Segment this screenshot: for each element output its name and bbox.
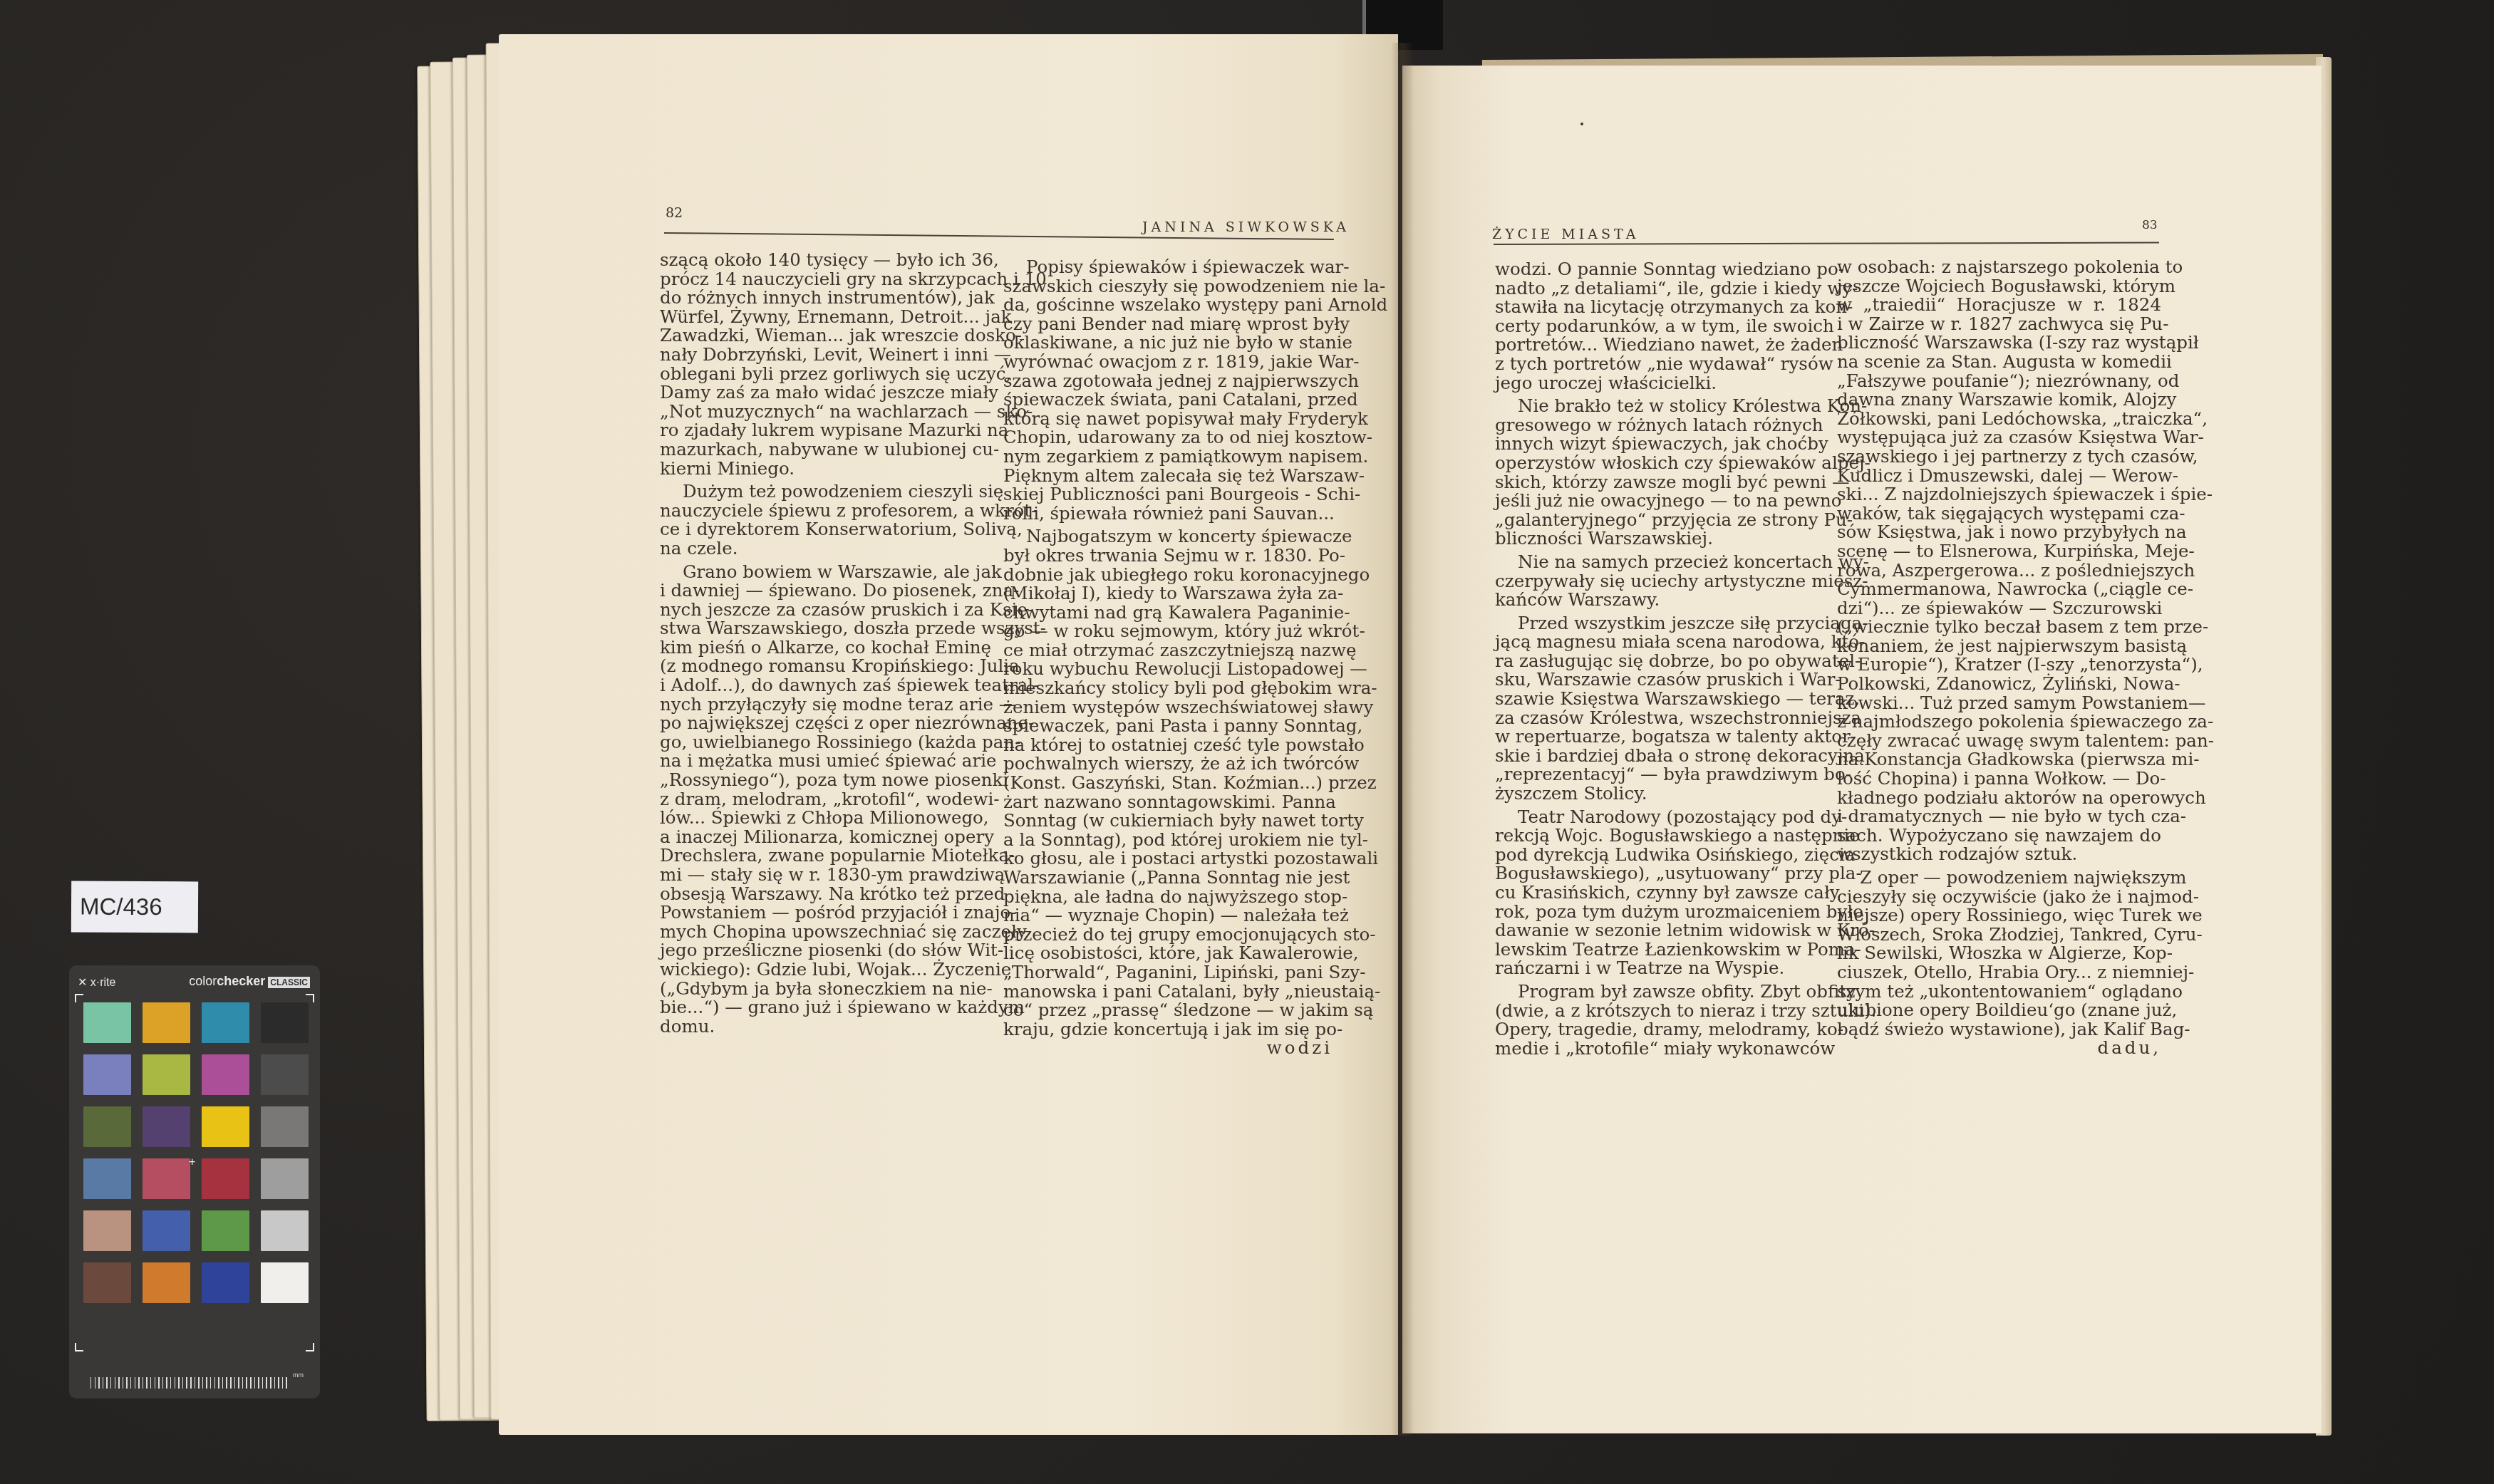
text-line: szawskich cieszyły się powodzeniem nie l… xyxy=(1003,277,1333,296)
text-line: nych jeszcze za czasów pruskich i za Ksi… xyxy=(660,601,988,620)
left-page-column-2: Popisy śpiewaków i śpiewaczek war-szawsk… xyxy=(1003,258,1333,1058)
text-line: kierni Miniego. xyxy=(660,460,988,479)
text-line: Zawadzki, Wieman... jak wreszcie dosko- xyxy=(660,326,988,346)
text-line: ro zjadały lukrem wypisane Mazurki na xyxy=(660,421,988,440)
text-line: stawiła na licytację otrzymanych za kon- xyxy=(1495,298,1823,317)
text-line: wszystkich rodzajów sztuk. xyxy=(1837,845,2161,864)
text-line: rolli, śpiewała również pani Sauvan... xyxy=(1003,504,1333,524)
text-line: piękna, ale ładna do najwyższego stop- xyxy=(1003,888,1333,907)
registration-corner xyxy=(306,1343,314,1351)
color-swatch xyxy=(143,1158,190,1199)
text-line: rok, poza tym dużym urozmaiceniem było xyxy=(1495,903,1823,922)
text-line: częły zwracać uwagę swym talentem: pan- xyxy=(1837,732,2161,751)
text-line: nych przyłączyły się modne teraz arie — xyxy=(660,695,988,715)
text-line: Grano bowiem w Warszawie, ale jak xyxy=(660,563,988,582)
text-line: jego uroczej właścicielki. xyxy=(1495,374,1823,393)
text-line: dawanie w sezonie letnim widowisk w Kró- xyxy=(1495,921,1823,940)
text-line: go — w roku sejmowym, który już wkrót- xyxy=(1003,622,1333,641)
text-line: Program był zawsze obfity. Zbyt obfity xyxy=(1495,982,1823,1002)
color-swatch xyxy=(143,1210,190,1251)
text-line: jącą magnesu miała scena narodowa, któ- xyxy=(1495,633,1823,652)
text-line: Bogusławskiego), „usytuowany“ przy pla- xyxy=(1495,864,1823,883)
color-swatch xyxy=(202,1210,249,1251)
text-line: Powstaniem — pośród przyjaciół i znajo- xyxy=(660,903,988,923)
text-line: Kudlicz i Dmuszewski, dalej — Werow- xyxy=(1837,467,2161,486)
text-line: nauczyciele śpiewu z profesorem, a wkrót… xyxy=(660,502,988,521)
color-swatch xyxy=(261,1054,309,1095)
text-line: Chopin, udarowany za to od niej kosztow- xyxy=(1003,428,1333,447)
text-line: skich, którzy zawsze mogli być pewni — xyxy=(1495,473,1823,492)
text-line: i Adolf...), do dawnych zaś śpiewek teat… xyxy=(660,676,988,695)
text-line: bliczności Warszawskiej. xyxy=(1495,529,1823,549)
text-line: go, uwielbianego Rossiniego (każda pan- xyxy=(660,733,988,752)
text-line: na czele. xyxy=(660,539,988,559)
color-swatch xyxy=(83,1210,131,1251)
xrite-logo-icon: ✕ xyxy=(78,977,87,989)
text-line: szawie Księstwa Warszawskiego — teraz, xyxy=(1495,690,1823,709)
accession-label: MC/436 xyxy=(71,881,198,933)
color-swatch xyxy=(143,1106,190,1147)
text-line: rekcją Wojc. Bogusławskiego a następnie xyxy=(1495,826,1823,846)
color-swatch xyxy=(202,1106,249,1147)
text-line: w osobach: z najstarszego pokolenia to xyxy=(1837,258,2161,277)
text-line: nym zegarkiem z pamiątkowym napisem. xyxy=(1003,447,1333,467)
text-line: ko głosu, ale i postaci artystki pozosta… xyxy=(1003,849,1333,868)
text-line: stwa Warszawskiego, doszła przede wszyst… xyxy=(660,619,988,638)
text-line: lów... Śpiewki z Chłopa Milionowego, xyxy=(660,809,988,828)
color-swatch xyxy=(83,1002,131,1043)
running-head-author: JANINA SIWKOWSKA xyxy=(1142,219,1350,235)
text-line: wyrównać owacjom z r. 1819, jakie War- xyxy=(1003,353,1333,372)
text-line: bie...“) — grano już i śpiewano w każdym xyxy=(660,998,988,1017)
text-line: z tych portretów „nie wydawał“ rysów xyxy=(1495,355,1823,374)
text-line: (z modnego romansu Kropińskiego: Julia xyxy=(660,657,988,676)
text-line: mazurkach, nabywane w ulubionej cu- xyxy=(660,440,988,460)
text-line: wodzi xyxy=(1003,1039,1333,1058)
text-line: Damy zaś za mało widać jeszcze miały xyxy=(660,383,988,403)
text-line: Sonntag (w cukierniach były nawet torty xyxy=(1003,811,1333,831)
color-swatch xyxy=(261,1106,309,1147)
text-line: rańczarni i w Teatrze na Wyspie. xyxy=(1495,959,1823,978)
text-line: czy pani Bender nad miarę wprost były xyxy=(1003,315,1333,334)
text-line: co“ przez „prassę“ śledzone — w jakim są xyxy=(1003,1001,1333,1020)
text-line: bliczność Warszawska (I-szy raz wystąpił xyxy=(1837,333,2161,353)
text-line: lewskim Teatrze Łazienkowskim w Poma- xyxy=(1495,940,1823,960)
text-line: mych Chopina upowszechniać się zaczęły xyxy=(660,923,988,942)
classic-badge: CLASSIC xyxy=(268,977,310,988)
color-swatch xyxy=(143,1262,190,1303)
text-line: konaniem, że jest najpierwszym basistą xyxy=(1837,637,2161,656)
ruler-unit: mm xyxy=(293,1371,304,1379)
text-line: manowska i pani Catalani, były „nieustai… xyxy=(1003,982,1333,1002)
text-line: domu. xyxy=(660,1017,988,1037)
color-swatch xyxy=(83,1158,131,1199)
text-line: dobnie jak ubiegłego roku koronacyjnego xyxy=(1003,566,1333,585)
color-swatch xyxy=(261,1158,309,1199)
book-gutter xyxy=(1391,43,1414,1436)
text-line: Drechslera, zwane popularnie Miotełka- xyxy=(660,846,988,866)
text-line: (Mikołaj I), kiedy to Warszawa żyła za- xyxy=(1003,584,1333,603)
text-line: „Fałszywe poufanie“); niezrównany, od xyxy=(1837,372,2161,391)
text-line: „Not muzycznych“ na wachlarzach — sko- xyxy=(660,403,988,422)
color-swatch xyxy=(261,1210,309,1251)
text-line: na której to ostatniej cześć tyle powsta… xyxy=(1003,736,1333,755)
text-line: Żółkowski, pani Ledóchowska, „traiczka“, xyxy=(1837,410,2161,429)
text-line: w repertuarze, bogatsza w talenty aktor- xyxy=(1495,727,1823,747)
text-line: i dawniej — śpiewano. Do piosenek, zna- xyxy=(660,581,988,601)
mm-ruler xyxy=(90,1377,290,1389)
text-line: do różnych innych instrumentów), jak xyxy=(660,289,988,308)
text-line: Włoszech, Sroka Złodziej, Tankred, Cyru- xyxy=(1837,925,2161,945)
color-swatch xyxy=(143,1054,190,1095)
text-line: szym też „ukontentowaniem“ oglądano xyxy=(1837,982,2161,1002)
registration-corner xyxy=(75,994,83,1002)
text-line: licę osobistości, które, jak Kawalerowie… xyxy=(1003,944,1333,963)
text-line: skie i bardziej dbała o stronę dekoracyj… xyxy=(1495,747,1823,766)
right-page-column-2: w osobach: z najstarszego pokolenia toje… xyxy=(1837,258,2161,1058)
text-line: jego prześliczne piosenki (do słów Wit- xyxy=(660,941,988,960)
text-line: jeśli już nie owacyjnego — to na pewno xyxy=(1495,492,1823,511)
paper-speck xyxy=(1580,123,1583,125)
text-line: z najmłodszego pokolenia śpiewaczego za- xyxy=(1837,712,2161,732)
text-line: na scenie za Stan. Augusta w komedii xyxy=(1837,353,2161,372)
text-line: żyszczem Stolicy. xyxy=(1495,784,1823,804)
registration-corner xyxy=(75,1343,83,1351)
text-line: Cymmermanowa, Nawrocka („ciągle ce- xyxy=(1837,580,2161,599)
right-page-column-1: wodzi. O pannie Sonntag wiedziano po-nad… xyxy=(1495,260,1823,1058)
color-swatch xyxy=(83,1054,131,1095)
text-line: występująca już za czasów Księstwa War- xyxy=(1837,428,2161,447)
xrite-logo: ✕ x·rite xyxy=(78,975,115,990)
text-line: sku, Warszawie czasów pruskich i War- xyxy=(1495,670,1823,690)
text-line: (Konst. Gaszyński, Stan. Koźmian...) prz… xyxy=(1003,774,1333,793)
text-line: Przed wszystkim jeszcze siłę przyciąga- xyxy=(1495,614,1823,633)
text-line: waków, tak sięgających występami cza- xyxy=(1837,504,2161,524)
text-line: wodzi. O pannie Sonntag wiedziano po- xyxy=(1495,260,1823,279)
title-bold: checker xyxy=(217,974,265,988)
text-line: ce i dyrektorem Konserwatorium, Solivą, xyxy=(660,520,988,539)
text-line: w Europie“), Kratzer (I-szy „tenorzysta“… xyxy=(1837,655,2161,675)
left-page-column-1: szącą około 140 tysięcy — było ich 36,pr… xyxy=(660,251,988,1036)
text-line: kładnego podziału aktorów na operowych xyxy=(1837,789,2161,808)
text-line: Z oper — powodzeniem największym xyxy=(1837,868,2161,888)
text-line: dzi“)... ze śpiewaków — Szczurowski xyxy=(1837,599,2161,618)
text-line: śpiewaczek, pani Pasta i panny Sonntag, xyxy=(1003,717,1333,736)
text-line: w „traiedii“ Horacjusze w r. 1824 xyxy=(1837,296,2161,315)
text-line: cieszyły się oczywiście (jako że i najmo… xyxy=(1837,888,2161,907)
text-line: operzystów włoskich czy śpiewaków alpej- xyxy=(1495,454,1823,473)
text-line: szawa zgotowała jednej z najpierwszych xyxy=(1003,372,1333,391)
text-line: skiej Publiczności pani Bourgeois - Schi… xyxy=(1003,485,1333,504)
text-line: i dramatycznych — nie było w tych cza- xyxy=(1837,807,2161,826)
text-line: a inaczej Milionarza, komicznej opery xyxy=(660,828,988,847)
text-line: szącą około 140 tysięcy — było ich 36, xyxy=(660,251,988,270)
color-swatch xyxy=(261,1262,309,1303)
title-light: color xyxy=(189,974,217,988)
text-line: „reprezentacyj“ — była prawdziwym bo- xyxy=(1495,765,1823,784)
text-line: pod dyrekcją Ludwika Osińskiego, zięcia xyxy=(1495,846,1823,865)
page-number-83: 83 xyxy=(2142,218,2158,232)
text-line: Dużym też powodzeniem cieszyli się xyxy=(660,482,988,502)
text-line: Polkowski, Zdanowicz, Żyliński, Nowa- xyxy=(1837,675,2161,694)
text-line: certy podarunków, a w tym, ile swoich xyxy=(1495,317,1823,336)
text-line: prócz 14 nauczycieli gry na skrzypcach i… xyxy=(660,270,988,289)
text-line: mi — stały się w r. 1830-ym prawdziwą xyxy=(660,866,988,885)
text-line: kowski... Tuż przed samym Powstaniem— xyxy=(1837,694,2161,713)
text-line: roku wybuchu Rewolucji Listopadowej — xyxy=(1003,660,1333,679)
text-line: szawskiego i jej partnerzy z tych czasów… xyxy=(1837,447,2161,467)
text-line: (dwie, a z krótszych to nieraz i trzy sz… xyxy=(1495,1002,1823,1021)
text-line: przecież do tej grupy emocjonujących sto… xyxy=(1003,925,1333,945)
color-swatch xyxy=(202,1262,249,1303)
text-line: scenę — to Elsnerowa, Kurpińska, Meje- xyxy=(1837,542,2161,561)
text-line: za czasów Królestwa, wszechstronniejsza xyxy=(1495,709,1823,728)
text-line: nadto „z detaliami“, ile, gdzie i kiedy … xyxy=(1495,279,1823,299)
color-swatch xyxy=(261,1002,309,1043)
text-line: na i mężatka musi umieć śpiewać arie xyxy=(660,752,988,771)
text-line: gresowego w różnych latach różnych xyxy=(1495,416,1823,435)
text-line: czerpywały się uciechy artystyczne miesz… xyxy=(1495,572,1823,591)
text-line: wickiego): Gdzie lubi, Wojak... Życzenie xyxy=(660,960,988,980)
color-swatch xyxy=(202,1054,249,1095)
text-line: Opery, tragedie, dramy, melodramy, ko- xyxy=(1495,1020,1823,1039)
text-line: nia“ — wyznaje Chopin) — należała też xyxy=(1003,906,1333,925)
text-line: Pięknym altem zalecała się też Warszaw- xyxy=(1003,467,1333,486)
color-swatch xyxy=(83,1106,131,1147)
text-line: żeniem występów wszechświatowej sławy xyxy=(1003,698,1333,717)
text-line: cu Krasińskich, czynny był zawsze cały xyxy=(1495,883,1823,903)
text-line: da, gościnne wszelako występy pani Arnol… xyxy=(1003,296,1333,315)
color-checker-card: ✕ x·rite colorcheckerCLASSIC + mm xyxy=(69,965,320,1399)
text-line: obsesją Warszawy. Na krótko też przed xyxy=(660,885,988,904)
text-line: Najbogatszym w koncerty śpiewacze xyxy=(1003,527,1333,546)
color-swatch xyxy=(202,1158,249,1199)
text-line: lik Sewilski, Włoszka w Algierze, Kop- xyxy=(1837,944,2161,963)
page-number-82: 82 xyxy=(666,205,683,221)
color-swatch xyxy=(83,1262,131,1303)
text-line: medie i „krotofile“ miały wykonawców xyxy=(1495,1039,1823,1059)
text-line: „galanteryjnego“ przyjęcia ze strony Pu- xyxy=(1495,511,1823,530)
text-line: ski... Z najzdolniejszych śpiewaczek i ś… xyxy=(1837,485,2161,504)
text-line: rowa, Aszpergerowa... z pośledniejszych xyxy=(1837,561,2161,581)
text-line: żart nazwano sonntagowskimi. Panna xyxy=(1003,793,1333,812)
running-head-section: ŻYCIE MIASTA xyxy=(1492,227,1639,242)
text-line: „Rossyniego“), poza tym nowe piosenki xyxy=(660,771,988,790)
text-line: Nie brakło też w stolicy Królestwa Kon- xyxy=(1495,397,1823,416)
colorchecker-title: colorcheckerCLASSIC xyxy=(189,974,310,989)
color-swatch xyxy=(143,1002,190,1043)
color-swatch xyxy=(202,1002,249,1043)
text-line: „Thorwald“, Paganini, Lipiński, pani Szy… xyxy=(1003,963,1333,982)
text-line: kraju, gdzie koncertują i jak im się po- xyxy=(1003,1020,1333,1039)
text-line: ce miał otrzymać zaszczytniejszą nazwę xyxy=(1003,641,1333,660)
text-line: sów Księstwa, jak i nowo przybyłych na xyxy=(1837,523,2161,542)
text-line: oblegani byli przez gorliwych się uczyć, xyxy=(660,365,988,384)
text-line: dawna znany Warszawie komik, Alojzy xyxy=(1837,390,2161,410)
text-line: nały Dobrzyński, Levit, Weinert i inni — xyxy=(660,346,988,365)
text-line: Warszawianie („Panna Sonntag nie jest xyxy=(1003,868,1333,888)
text-line: sach. Wypożyczano się nawzajem do xyxy=(1837,826,2161,846)
text-line: na Konstancja Gładkowska (pierwsza mi- xyxy=(1837,750,2161,769)
text-line: ciuszek, Otello, Hrabia Ory... z niemnie… xyxy=(1837,963,2161,982)
text-line: Würfel, Żywny, Ernemann, Detroit... jak xyxy=(660,308,988,327)
text-line: („Gdybym ja była słoneczkiem na nie- xyxy=(660,980,988,999)
text-line: był okres trwania Sejmu w r. 1830. Po- xyxy=(1003,546,1333,566)
text-line: śpiewaczek świata, pani Catalani, przed xyxy=(1003,390,1333,410)
text-line: chwytami nad grą Kawalera Paganinie- xyxy=(1003,603,1333,623)
text-line: kim pieśń o Alkarze, co kochał Eminę xyxy=(660,638,988,658)
text-line: innych wizyt śpiewaczych, jak choćby xyxy=(1495,435,1823,454)
crosshair-icon: + xyxy=(189,1156,195,1169)
text-line: którą się nawet popisywał mały Fryderyk xyxy=(1003,410,1333,429)
text-line: a la Sonntag), pod której urokiem nie ty… xyxy=(1003,831,1333,850)
text-line: Popisy śpiewaków i śpiewaczek war- xyxy=(1003,258,1333,277)
text-line: pochwalnych wierszy, że aż ich twórców xyxy=(1003,754,1333,774)
text-line: z dram, melodram, „krotofil“, wodewi- xyxy=(660,790,988,809)
xrite-brand-text: x·rite xyxy=(90,977,116,989)
text-line: niejsze) opery Rossiniego, więc Turek we xyxy=(1837,906,2161,925)
text-line: kańców Warszawy. xyxy=(1495,591,1823,610)
registration-corner xyxy=(306,994,314,1002)
text-line: ulubione opery Boildieu‘go (znane już, xyxy=(1837,1001,2161,1020)
text-line: ra zasługując się dobrze, bo po obywatel… xyxy=(1495,652,1823,671)
text-line: portretów... Wiedziano nawet, że żaden xyxy=(1495,336,1823,355)
color-swatch-grid xyxy=(83,1002,310,1339)
text-line: Teatr Narodowy (pozostający pod dy- xyxy=(1495,808,1823,827)
text-line: dadu, xyxy=(1837,1039,2161,1058)
text-line: łość Chopina) i panna Wołkow. — Do- xyxy=(1837,769,2161,789)
text-line: i w Zairze w r. 1827 zachwyca się Pu- xyxy=(1837,315,2161,334)
text-line: po największej części z oper niezrównane… xyxy=(660,714,988,733)
text-line: Nie na samych przecież koncertach wy- xyxy=(1495,553,1823,572)
text-line: oklaskiwane, a nic już nie było w stanie xyxy=(1003,333,1333,353)
text-line: jeszcze Wojciech Bogusławski, którym xyxy=(1837,277,2161,296)
text-line: bądź świeżo wystawione), jak Kalif Bag- xyxy=(1837,1020,2161,1039)
text-line: („wiecznie tylko beczał basem z tem prze… xyxy=(1837,618,2161,637)
text-line: mieszkańcy stolicy byli pod głębokim wra… xyxy=(1003,679,1333,698)
